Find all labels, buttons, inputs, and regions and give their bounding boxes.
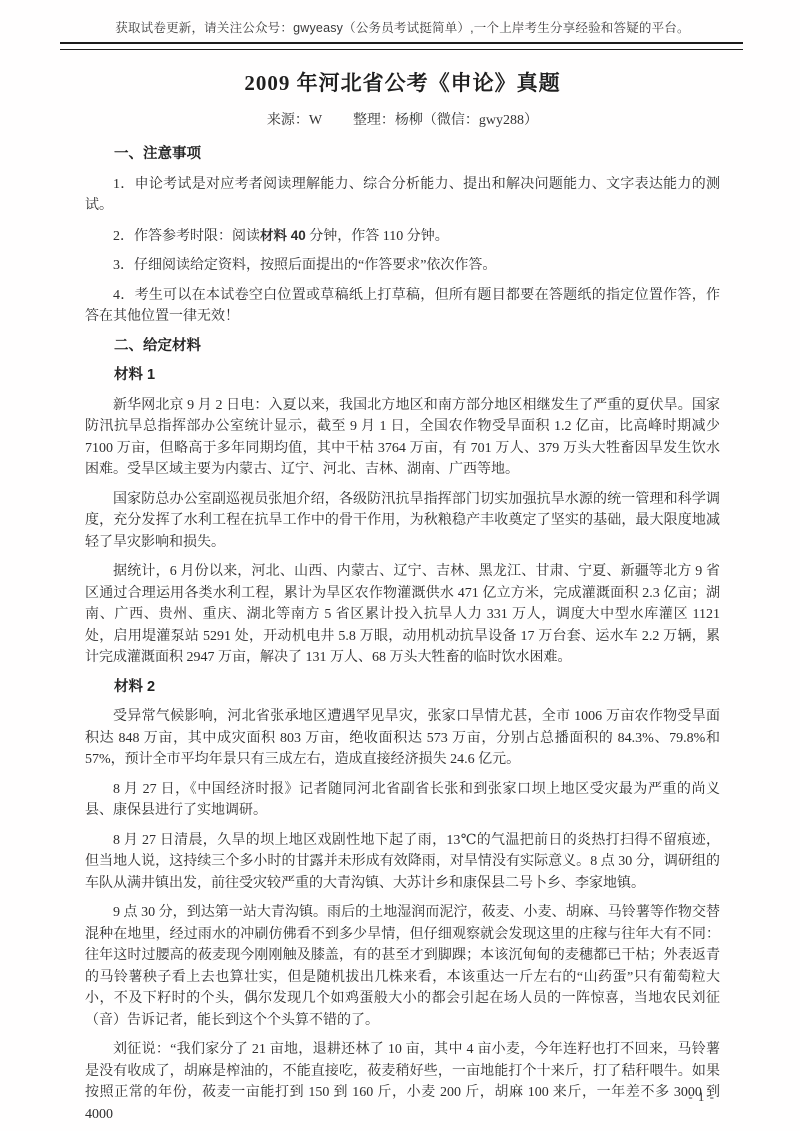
section-notes-heading: 一、注意事项 xyxy=(85,144,720,166)
material-1-heading: 材料 1 xyxy=(85,365,720,387)
header-notice: 获取试卷更新，请关注公众号：gwyeasy（公务员考试挺简单）,一个上岸考生分享… xyxy=(85,20,720,36)
material-2-paragraph-3: 8 月 27 日清晨，久旱的坝上地区戏剧性地下起了雨，13℃的气温把前日的炎热打… xyxy=(85,830,720,895)
header-double-rule xyxy=(60,42,743,50)
byline-editor: 整理：杨柳（微信：gwy288） xyxy=(353,113,538,128)
byline: 来源：W整理：杨柳（微信：gwy288） xyxy=(85,109,720,129)
document-page: 获取试卷更新，请关注公众号：gwyeasy（公务员考试挺简单）,一个上岸考生分享… xyxy=(0,0,800,1131)
note-item-3: 3．仔细阅读给定资料，按照后面提出的“作答要求”依次作答。 xyxy=(85,255,720,277)
document-body: 一、注意事项 1．申论考试是对应考者阅读理解能力、综合分析能力、提出和解决问题能… xyxy=(85,144,720,1125)
note-item-2-prefix: 2．作答参考时限：阅读 xyxy=(113,229,260,244)
material-2-paragraph-5: 刘征说：“我们家分了 21 亩地，退耕还林了 10 亩，其中 4 亩小麦，今年连… xyxy=(85,1039,720,1125)
material-2-paragraph-2: 8 月 27 日，《中国经济时报》记者随同河北省副省长张和到张家口坝上地区受灾最… xyxy=(85,779,720,822)
note-item-2-suffix: 分钟，作答 110 分钟。 xyxy=(306,229,449,244)
material-2-paragraph-4: 9 点 30 分，到达第一站大青沟镇。雨后的土地湿润而泥泞，莜麦、小麦、胡麻、马… xyxy=(85,902,720,1031)
material-2-heading: 材料 2 xyxy=(85,677,720,699)
page-title: 2009 年河北省公考《申论》真题 xyxy=(85,67,720,97)
material-2-paragraph-1: 受异常气候影响，河北省张承地区遭遇罕见旱灾，张家口旱情尤甚，全市 1006 万亩… xyxy=(85,706,720,771)
section-materials-heading: 二、给定材料 xyxy=(85,336,720,358)
material-1-paragraph-1: 新华网北京 9 月 2 日电：入夏以来，我国北方地区和南方部分地区相继发生了严重… xyxy=(85,395,720,481)
material-1-paragraph-3: 据统计，6 月份以来，河北、山西、内蒙古、辽宁、吉林、黑龙江、甘肃、宁夏、新疆等… xyxy=(85,561,720,669)
note-item-2: 2．作答参考时限：阅读材料 40 分钟，作答 110 分钟。 xyxy=(85,225,720,248)
note-item-4: 4．考生可以在本试卷空白位置或草稿纸上打草稿，但所有题目都要在答题纸的指定位置作… xyxy=(85,285,720,328)
byline-source: 来源：W xyxy=(267,113,322,128)
page-number: - 1 - xyxy=(688,1089,715,1105)
note-item-1: 1．申论考试是对应考者阅读理解能力、综合分析能力、提出和解决问题能力、文字表达能… xyxy=(85,174,720,217)
material-1-paragraph-2: 国家防总办公室副巡视员张旭介绍，各级防汛抗旱指挥部门切实加强抗旱水源的统一管理和… xyxy=(85,489,720,554)
note-item-2-bold: 材料 40 xyxy=(260,228,306,243)
